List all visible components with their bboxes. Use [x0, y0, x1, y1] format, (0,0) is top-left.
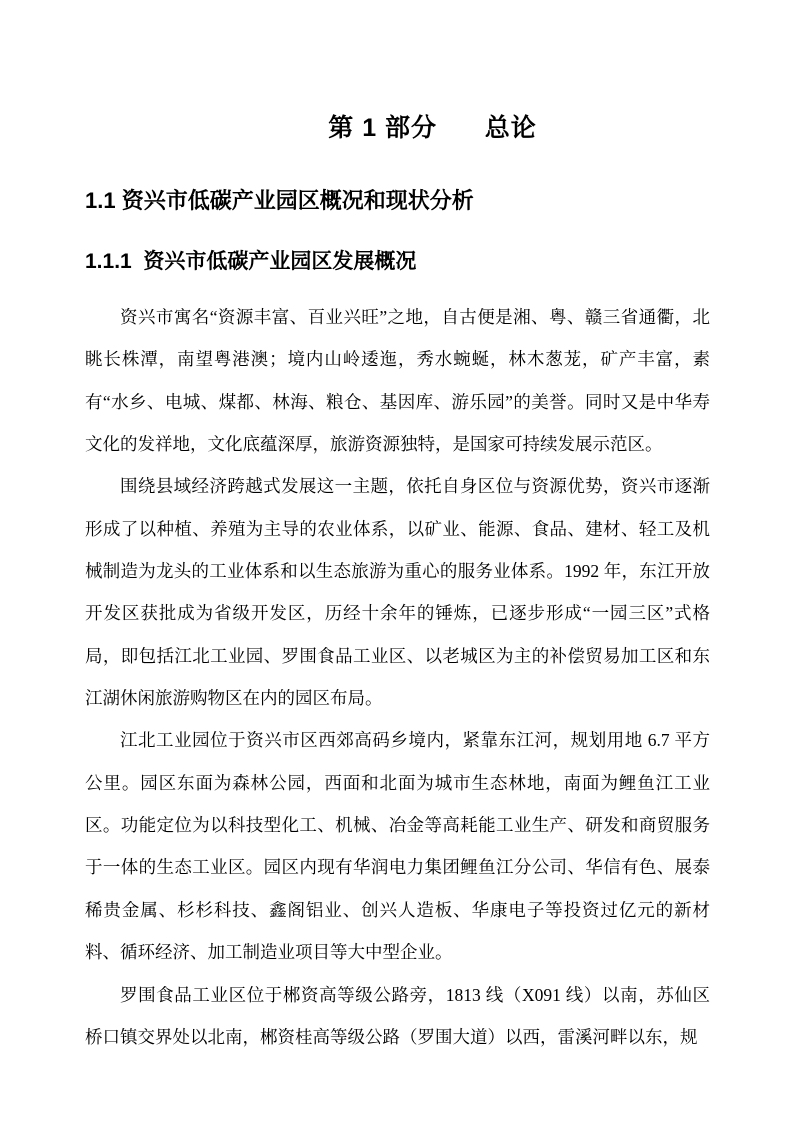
paragraph-overview: 资兴市寓名“资源丰富、百业兴旺”之地，自古便是湘、粤、赣三省通衢，北眺长株潭，南…: [85, 296, 710, 465]
paragraph-jiangbei-park: 江北工业园位于资兴市区西郊高码乡境内，紧靠东江河，规划用地 6.7 平方公里。园…: [85, 719, 710, 973]
document-page: 第 1 部分 总论 1.1 资兴市低碳产业园区概况和现状分析 1.1.1 资兴市…: [0, 0, 793, 1122]
body-text: 资兴市寓名“资源丰富、百业兴旺”之地，自古便是湘、粤、赣三省通衢，北眺长株潭，南…: [85, 296, 710, 1086]
subsection-heading-1-1-1: 1.1.1 资兴市低碳产业园区发展概况: [85, 249, 416, 274]
chapter-title: 第 1 部分 总论: [0, 113, 793, 143]
paragraph-economy-layout: 围绕县域经济跨越式发展这一主题，依托自身区位与资源优势，资兴市逐渐形成了以种植、…: [85, 465, 710, 719]
paragraph-luowei-zone: 罗围食品工业区位于郴资高等级公路旁，1813 线（X091 线）以南，苏仙区桥口…: [85, 974, 710, 1059]
section-heading-1-1: 1.1 资兴市低碳产业园区概况和现状分析: [85, 188, 474, 214]
